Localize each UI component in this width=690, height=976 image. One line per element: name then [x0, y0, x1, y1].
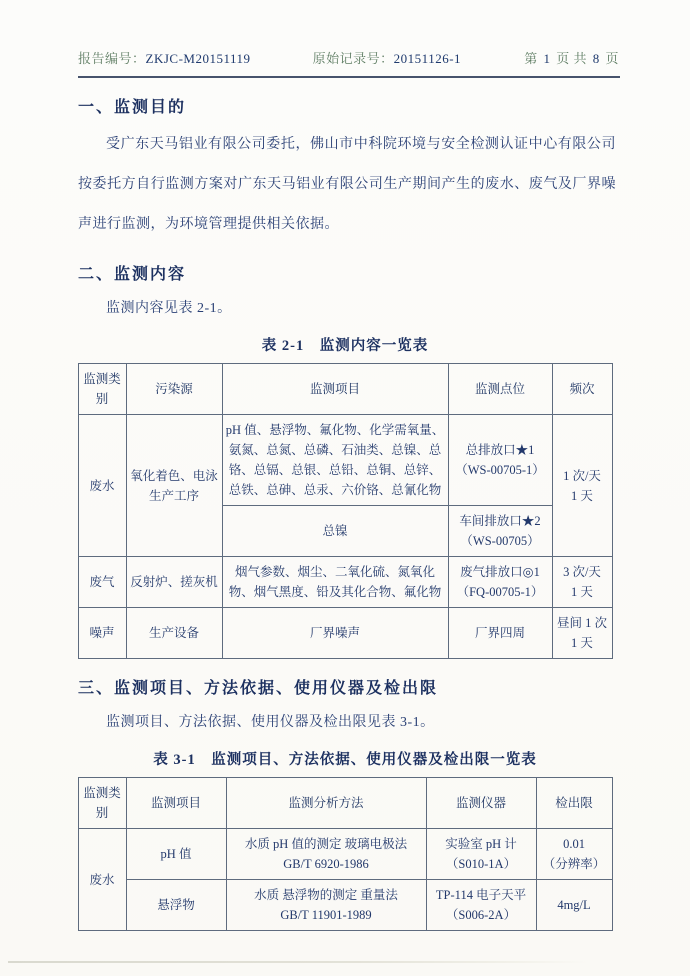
section-2-heading: 二、监测内容: [78, 261, 620, 284]
cell-wastewater-frequency: 1 次/天 1 天: [552, 415, 612, 557]
report-page: { "document": { "header": { "report_no_l…: [0, 0, 690, 976]
cell-wastewater-category: 废水: [78, 415, 126, 557]
record-number-value: 20151126-1: [394, 51, 461, 66]
cell-noise-source: 生产设备: [126, 608, 222, 659]
cell-item-ph: pH 值: [126, 829, 226, 880]
cell-method-ph: 水质 pH 值的测定 玻璃电极法 GB/T 6920-1986: [226, 829, 426, 880]
cell-limit-ph: 0.01 （分辨率）: [536, 829, 612, 880]
monitoring-content-table: 监测类别 污染源 监测项目 监测点位 频次 废水 氧化着色、电泳生产工序 pH …: [78, 363, 613, 659]
table-2-1-caption: 表 2-1 监测内容一览表: [0, 334, 690, 355]
col-header-item: 监测项目: [126, 778, 226, 829]
col-header-category: 监测类别: [78, 364, 126, 415]
report-number-value: ZKJC-M20151119: [146, 51, 251, 66]
cell-noise-items: 厂界噪声: [222, 608, 448, 659]
col-header-limit: 检出限: [536, 778, 612, 829]
col-header-instrument: 监测仪器: [426, 778, 536, 829]
page-indicator-text: 页 共: [556, 51, 587, 66]
section-2-intro: 监测内容见表 2-1。: [78, 298, 616, 320]
col-header-method: 监测分析方法: [226, 778, 426, 829]
page-number-current: 1: [543, 51, 550, 66]
cell-instrument-ss: TP-114 电子天平 （S006-2A）: [426, 880, 536, 931]
cell-noise-point: 厂界四周: [448, 608, 552, 659]
page-indicator-text: 第: [524, 51, 538, 66]
report-number-label: 报告编号：: [78, 51, 146, 66]
page-indicator: 第 1 页 共 8 页: [523, 48, 620, 67]
cell-wastewater-point-2: 车间排放口★2 （WS-00705）: [448, 506, 552, 557]
cell-item-ss: 悬浮物: [126, 880, 226, 931]
table-row: 废气 反射炉、搓灰机 烟气参数、烟尘、二氧化硫、氮氧化物、烟气黑度、铅及其化合物…: [78, 557, 612, 608]
cell-instrument-ph: 实验室 pH 计 （S010-1A）: [426, 829, 536, 880]
cell-wastegas-source: 反射炉、搓灰机: [126, 557, 222, 608]
report-number: 报告编号：ZKJC-M20151119: [78, 48, 251, 67]
cell-wastewater-sub-item: 总镍: [222, 506, 448, 557]
cell-noise-category: 噪声: [78, 608, 126, 659]
table-row: 悬浮物 水质 悬浮物的测定 重量法 GB/T 11901-1989 TP-114…: [78, 880, 612, 931]
table-row: 废水 氧化着色、电泳生产工序 pH 值、悬浮物、氟化物、化学需氧量、氨氮、总氮、…: [78, 415, 612, 506]
cell-wastewater-source: 氧化着色、电泳生产工序: [126, 415, 222, 557]
record-number-label: 原始记录号：: [313, 51, 394, 66]
cell-wastegas-frequency: 3 次/天 1 天: [552, 557, 612, 608]
cell-noise-frequency: 昼间 1 次 1 天: [552, 608, 612, 659]
cell-wastegas-category: 废气: [78, 557, 126, 608]
section-3-heading: 三、监测项目、方法依据、使用仪器及检出限: [78, 675, 620, 698]
col-header-source: 污染源: [126, 364, 222, 415]
cell-wastewater-items: pH 值、悬浮物、氟化物、化学需氧量、氨氮、总氮、总磷、石油类、总镍、总铬、总镉…: [222, 415, 448, 506]
table-row: 噪声 生产设备 厂界噪声 厂界四周 昼间 1 次 1 天: [78, 608, 612, 659]
table-row: 废水 pH 值 水质 pH 值的测定 玻璃电极法 GB/T 6920-1986 …: [78, 829, 612, 880]
cell-wastegas-point: 废气排放口◎1 （FQ-00705-1）: [448, 557, 552, 608]
page-header: 报告编号：ZKJC-M20151119 原始记录号：20151126-1 第 1…: [78, 48, 620, 78]
record-number: 原始记录号：20151126-1: [313, 48, 461, 67]
page-number-total: 8: [593, 51, 600, 66]
method-instrument-table: 监测类别 监测项目 监测分析方法 监测仪器 检出限 废水 pH 值 水质 pH …: [78, 777, 613, 931]
col-header-frequency: 频次: [552, 364, 612, 415]
page-indicator-text: 页: [605, 51, 619, 66]
cell-category-wastewater: 废水: [78, 829, 126, 931]
col-header-point: 监测点位: [448, 364, 552, 415]
cell-wastewater-point-1: 总排放口★1 （WS-00705-1）: [448, 415, 552, 506]
section-3-intro: 监测项目、方法依据、使用仪器及检出限见表 3-1。: [78, 712, 616, 734]
table-header-row: 监测类别 监测项目 监测分析方法 监测仪器 检出限: [78, 778, 612, 829]
col-header-category: 监测类别: [78, 778, 126, 829]
table-header-row: 监测类别 污染源 监测项目 监测点位 频次: [78, 364, 612, 415]
table-3-1-caption: 表 3-1 监测项目、方法依据、使用仪器及检出限一览表: [0, 748, 690, 769]
scan-artifact-line: [8, 961, 588, 963]
cell-limit-ss: 4mg/L: [536, 880, 612, 931]
cell-method-ss: 水质 悬浮物的测定 重量法 GB/T 11901-1989: [226, 880, 426, 931]
section-1-heading: 一、监测目的: [78, 94, 620, 117]
col-header-items: 监测项目: [222, 364, 448, 415]
section-1-paragraph: 受广东天马铝业有限公司委托，佛山市中科院环境与安全检测认证中心有限公司按委托方自…: [78, 125, 616, 245]
cell-wastegas-items: 烟气参数、烟尘、二氧化硫、氮氧化物、烟气黑度、铅及其化合物、氟化物: [222, 557, 448, 608]
